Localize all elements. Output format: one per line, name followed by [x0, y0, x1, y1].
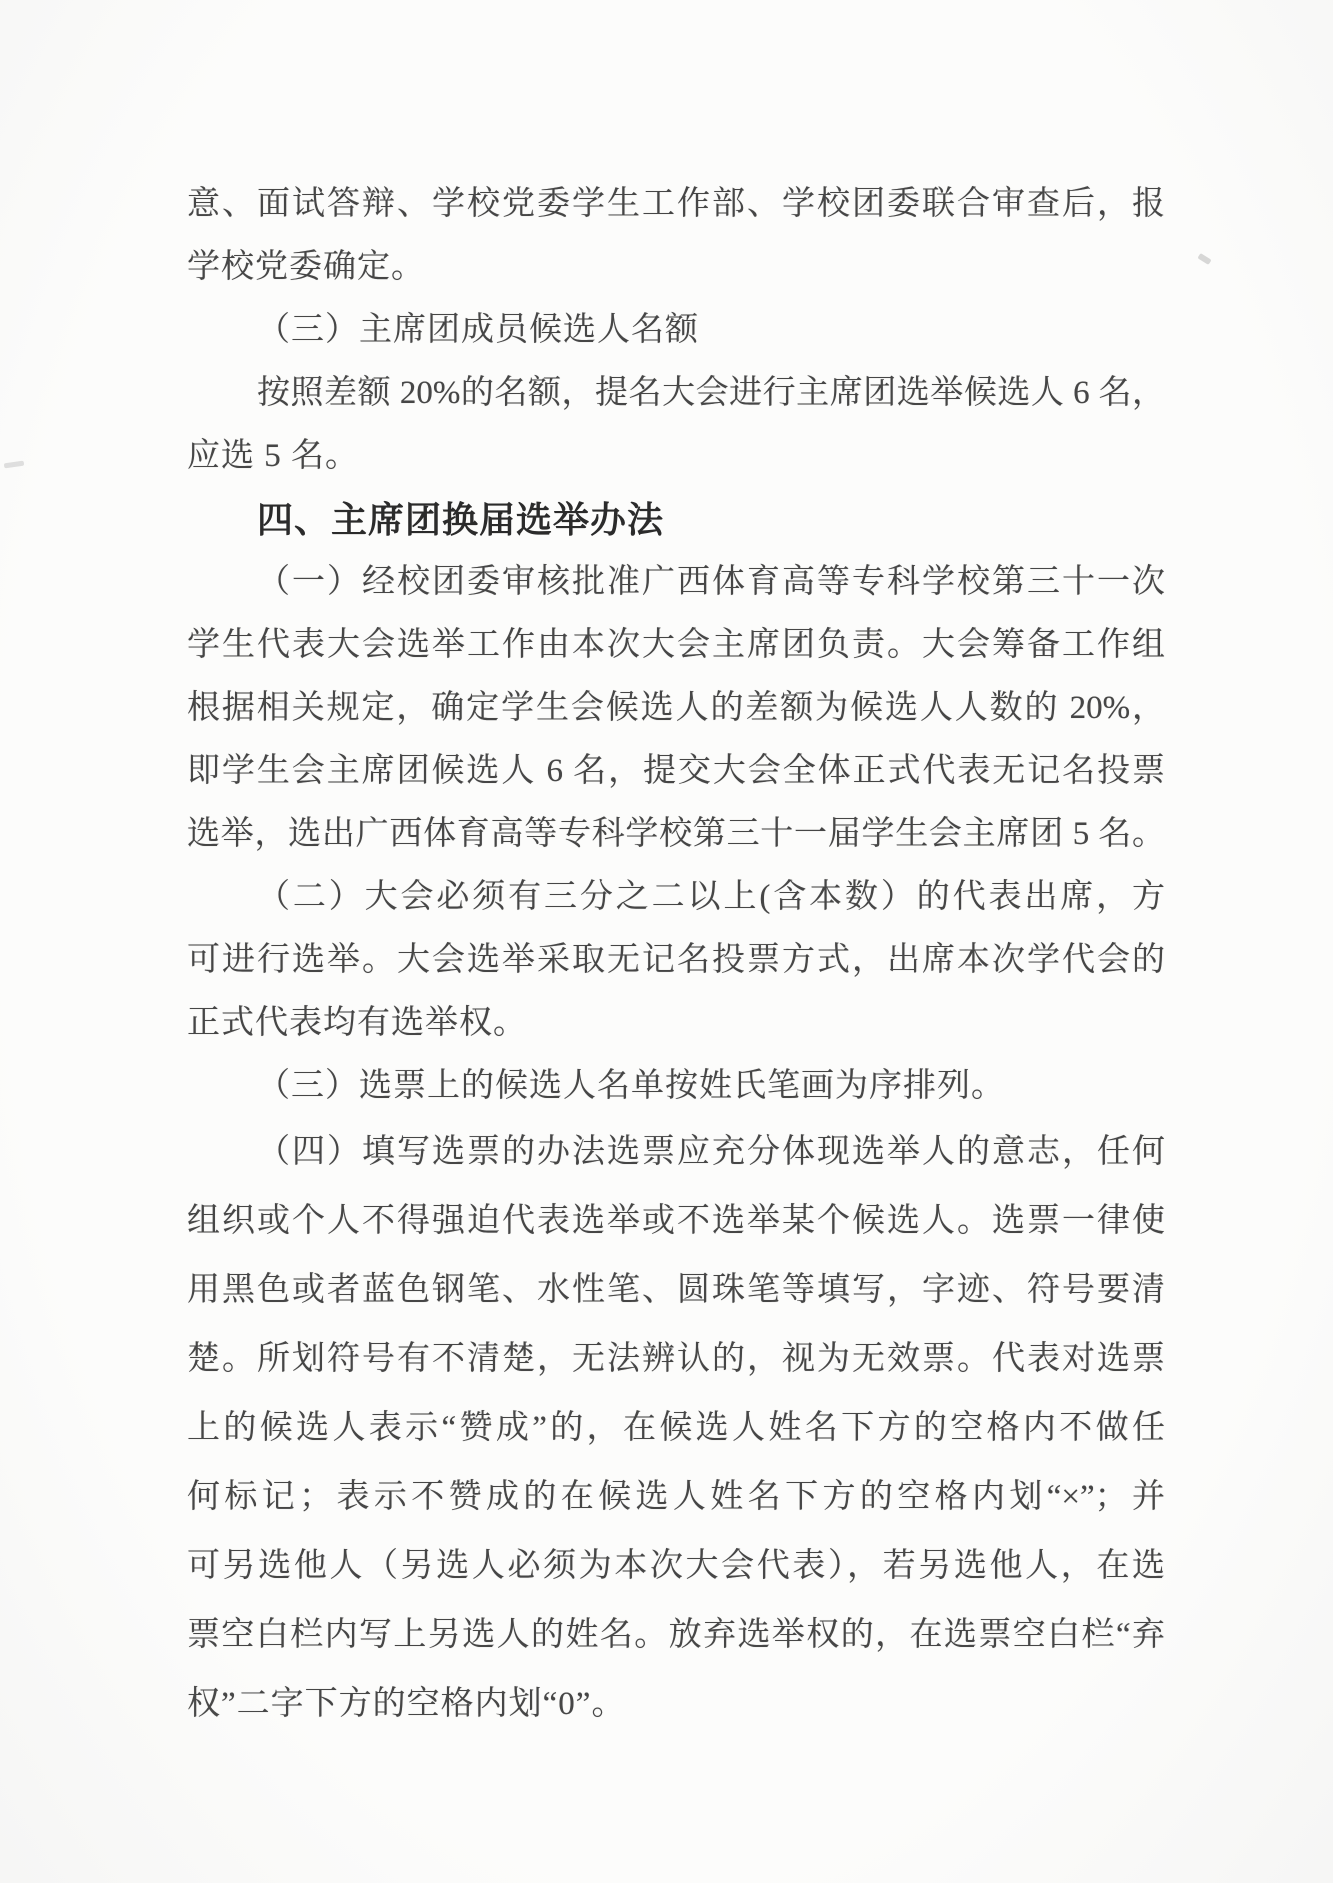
text-line: 意、面试答辩、学校党委学生工作部、学校团委联合审查后，报 — [187, 173, 1165, 236]
scan-speck — [1197, 253, 1211, 265]
text-line: 按照差额 20%的名额，提名大会进行主席团选举候选人 6 名， — [187, 362, 1165, 425]
text-line: 正式代表均有选举权。 — [187, 992, 1165, 1055]
text-line: 可另选他人（另选人必须为本次大会代表），若另选他人，在选 — [187, 1532, 1165, 1601]
text-line: 用黑色或者蓝色钢笔、水性笔、圆珠笔等填写，字迹、符号要清 — [187, 1256, 1165, 1325]
text-line: 即学生会主席团候选人 6 名，提交大会全体正式代表无记名投票 — [187, 740, 1165, 803]
document-text-block: 意、面试答辩、学校党委学生工作部、学校团委联合审查后，报 学校党委确定。 （三）… — [187, 173, 1165, 1739]
section-heading-4: 四、主席团换届选举办法 — [187, 488, 1165, 551]
text-line: 选举，选出广西体育高等专科学校第三十一届学生会主席团 5 名。 — [187, 803, 1165, 866]
document-page: 意、面试答辩、学校党委学生工作部、学校团委联合审查后，报 学校党委确定。 （三）… — [0, 0, 1333, 1883]
subsection-line-2: （二）大会必须有三分之二以上(含本数）的代表出席，方 — [187, 866, 1165, 929]
text-line: 可进行选举。大会选举采取无记名投票方式，出席本次学代会的 — [187, 929, 1165, 992]
subsection-line-4: （四）填写选票的办法选票应充分体现选举人的意志，任何 — [187, 1118, 1165, 1187]
text-line: 何标记；表示不赞成的在候选人姓名下方的空格内划“×”；并 — [187, 1463, 1165, 1532]
text-line: 学校党委确定。 — [187, 236, 1165, 299]
text-line: 上的候选人表示“赞成”的，在候选人姓名下方的空格内不做任 — [187, 1394, 1165, 1463]
subsection-heading-3: （三）主席团成员候选人名额 — [187, 299, 1165, 362]
scan-speck — [4, 461, 25, 469]
text-line: 楚。所划符号有不清楚，无法辨认的，视为无效票。代表对选票 — [187, 1325, 1165, 1394]
text-line: 票空白栏内写上另选人的姓名。放弃选举权的，在选票空白栏“弃 — [187, 1601, 1165, 1670]
text-line: 组织或个人不得强迫代表选举或不选举某个候选人。选票一律使 — [187, 1187, 1165, 1256]
text-line: 应选 5 名。 — [187, 425, 1165, 488]
subsection-line-1: （一）经校团委审核批准广西体育高等专科学校第三十一次 — [187, 551, 1165, 614]
text-line: 学生代表大会选举工作由本次大会主席团负责。大会筹备工作组 — [187, 614, 1165, 677]
subsection-line-3: （三）选票上的候选人名单按姓氏笔画为序排列。 — [187, 1055, 1165, 1118]
text-line: 根据相关规定，确定学生会候选人的差额为候选人人数的 20%， — [187, 677, 1165, 740]
text-line: 权”二字下方的空格内划“0”。 — [187, 1670, 1165, 1739]
